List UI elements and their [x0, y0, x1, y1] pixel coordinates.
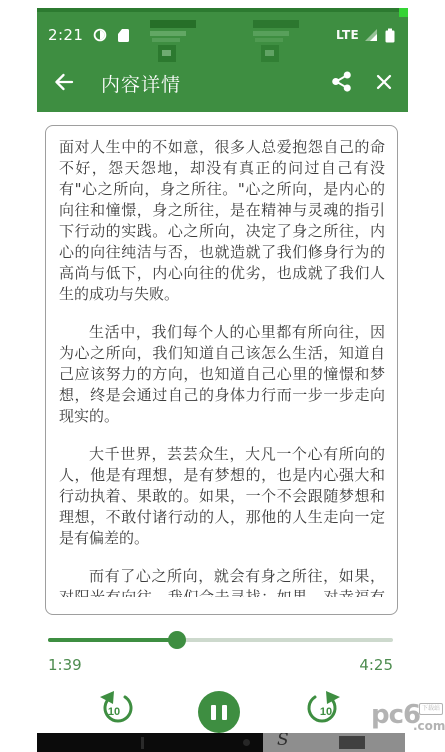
article-paragraph: 大千世界，芸芸众生，大凡一个心有所向的人，他是有理想，是有梦想的，也是内心强大和…: [59, 444, 385, 549]
status-bar: 2:21 LTE: [48, 22, 396, 48]
forward-10-icon: 10: [302, 691, 342, 730]
seek-thumb[interactable]: [168, 631, 186, 649]
network-type-label: LTE: [336, 28, 359, 42]
pause-icon: [211, 705, 227, 720]
data-saver-icon: [93, 28, 107, 42]
app-header: 2:21 LTE: [37, 8, 408, 112]
article-paragraph: 而有了心之所向，就会有身之所往，如果，对阳光有向往，我们会去寻找；如果，对幸福有…: [59, 566, 385, 597]
remnant-glyph: S: [277, 733, 289, 750]
share-icon: [330, 70, 353, 96]
seek-progress-fill: [48, 638, 177, 642]
share-button[interactable]: [327, 69, 355, 97]
nav-remnant-shape: [243, 739, 250, 746]
seek-bar[interactable]: [39, 628, 402, 652]
time-row: 1:39 4:25: [48, 656, 393, 674]
replay-10-icon: 10: [98, 691, 138, 730]
screen: 2:21 LTE: [0, 0, 445, 752]
app-bar: 内容详情: [37, 54, 408, 112]
elapsed-time: 1:39: [48, 656, 82, 674]
pause-button[interactable]: [198, 691, 240, 733]
close-icon: [373, 71, 395, 96]
back-button[interactable]: [49, 68, 79, 98]
forward-10-button[interactable]: 10: [302, 692, 342, 728]
rewind-10-label: 10: [108, 706, 120, 718]
status-time: 2:21: [48, 26, 83, 44]
arrow-left-icon: [52, 70, 76, 97]
watermark-badge: 下载站: [419, 703, 443, 715]
background-window-remnant: S: [263, 733, 405, 752]
nav-remnant-shape: [141, 737, 144, 749]
article-paragraph: 面对人生中的不如意，很多人总爱抱怨自己的命不好，怨天怨地，却没有真正的问过自己有…: [59, 137, 385, 305]
notification-led: [399, 8, 408, 17]
total-time: 4:25: [359, 656, 393, 674]
remnant-block: [339, 736, 365, 749]
article-paragraph: 生活中，我们每个人的心里都有所向往，因为心之所向，我们知道自己该怎么生活，知道自…: [59, 322, 385, 427]
forward-10-label: 10: [320, 706, 332, 718]
rewind-10-button[interactable]: 10: [98, 692, 138, 728]
close-button[interactable]: [370, 69, 398, 97]
sim-card-icon: [117, 28, 130, 43]
page-title: 内容详情: [101, 70, 181, 97]
article-text: 面对人生中的不如意，很多人总爱抱怨自己的命不好，怨天怨地，却没有真正的问过自己有…: [59, 137, 385, 597]
seek-track: [48, 638, 393, 642]
watermark-tld: .com: [413, 719, 445, 733]
bottom-nav-bar[interactable]: S: [37, 733, 405, 752]
signal-strength-icon: [364, 28, 378, 42]
battery-icon: [384, 27, 396, 44]
status-bar-top-strip: [37, 8, 408, 12]
content-card[interactable]: 面对人生中的不如意，很多人总爱抱怨自己的命不好，怨天怨地，却没有真正的问过自己有…: [45, 125, 398, 615]
